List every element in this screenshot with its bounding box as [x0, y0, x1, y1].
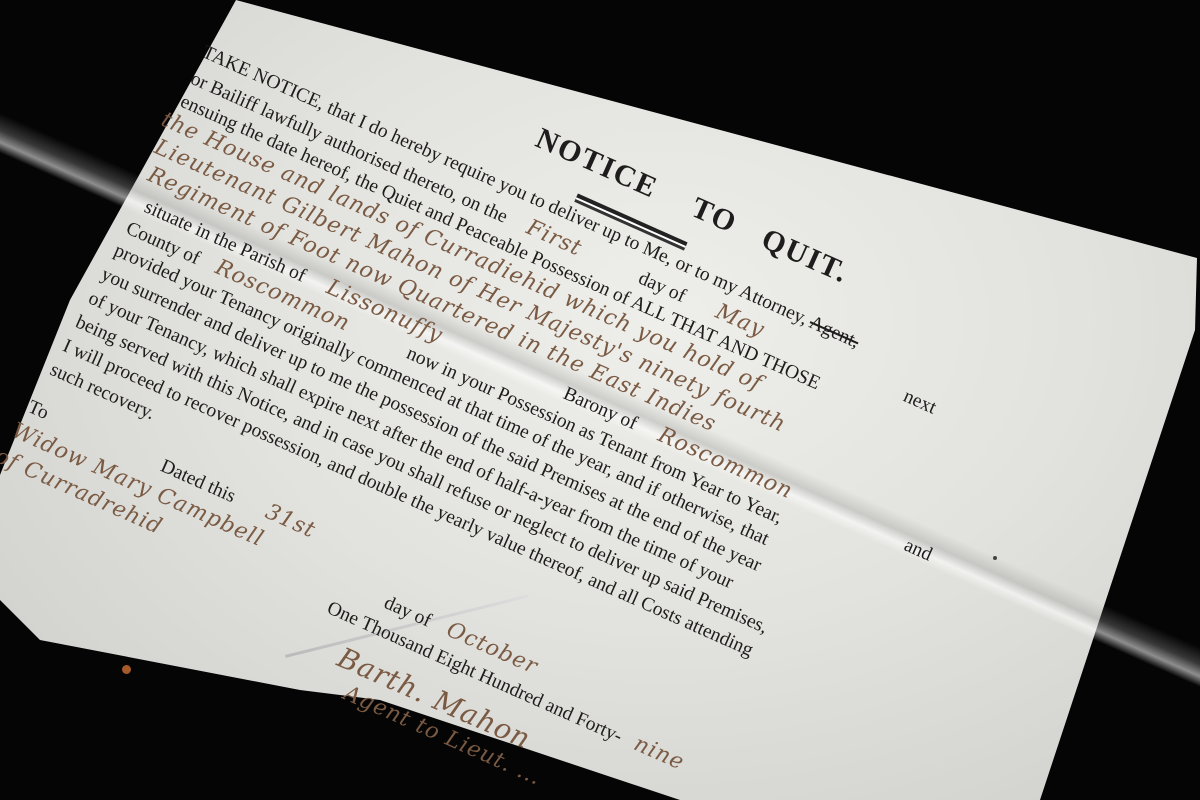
- rust-spot: [122, 665, 131, 674]
- ink-spot: [993, 556, 997, 560]
